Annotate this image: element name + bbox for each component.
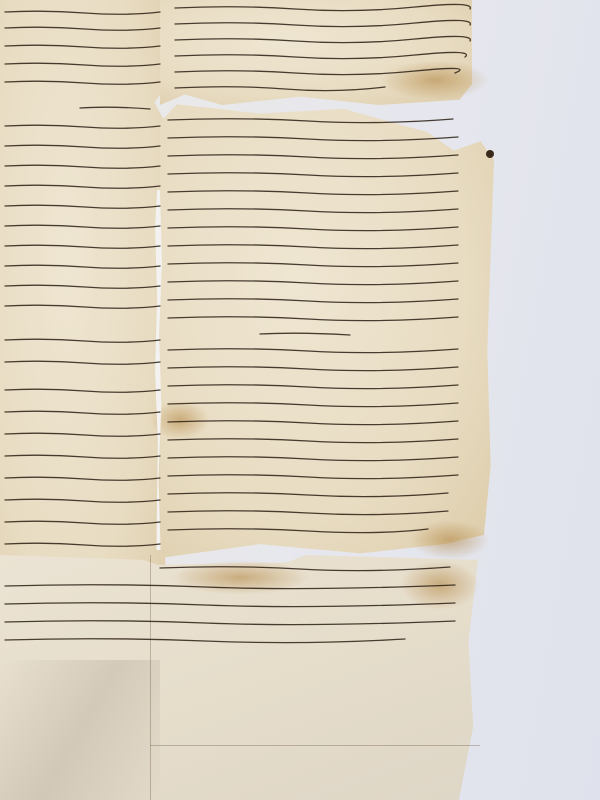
- handwriting-ink: [0, 0, 600, 800]
